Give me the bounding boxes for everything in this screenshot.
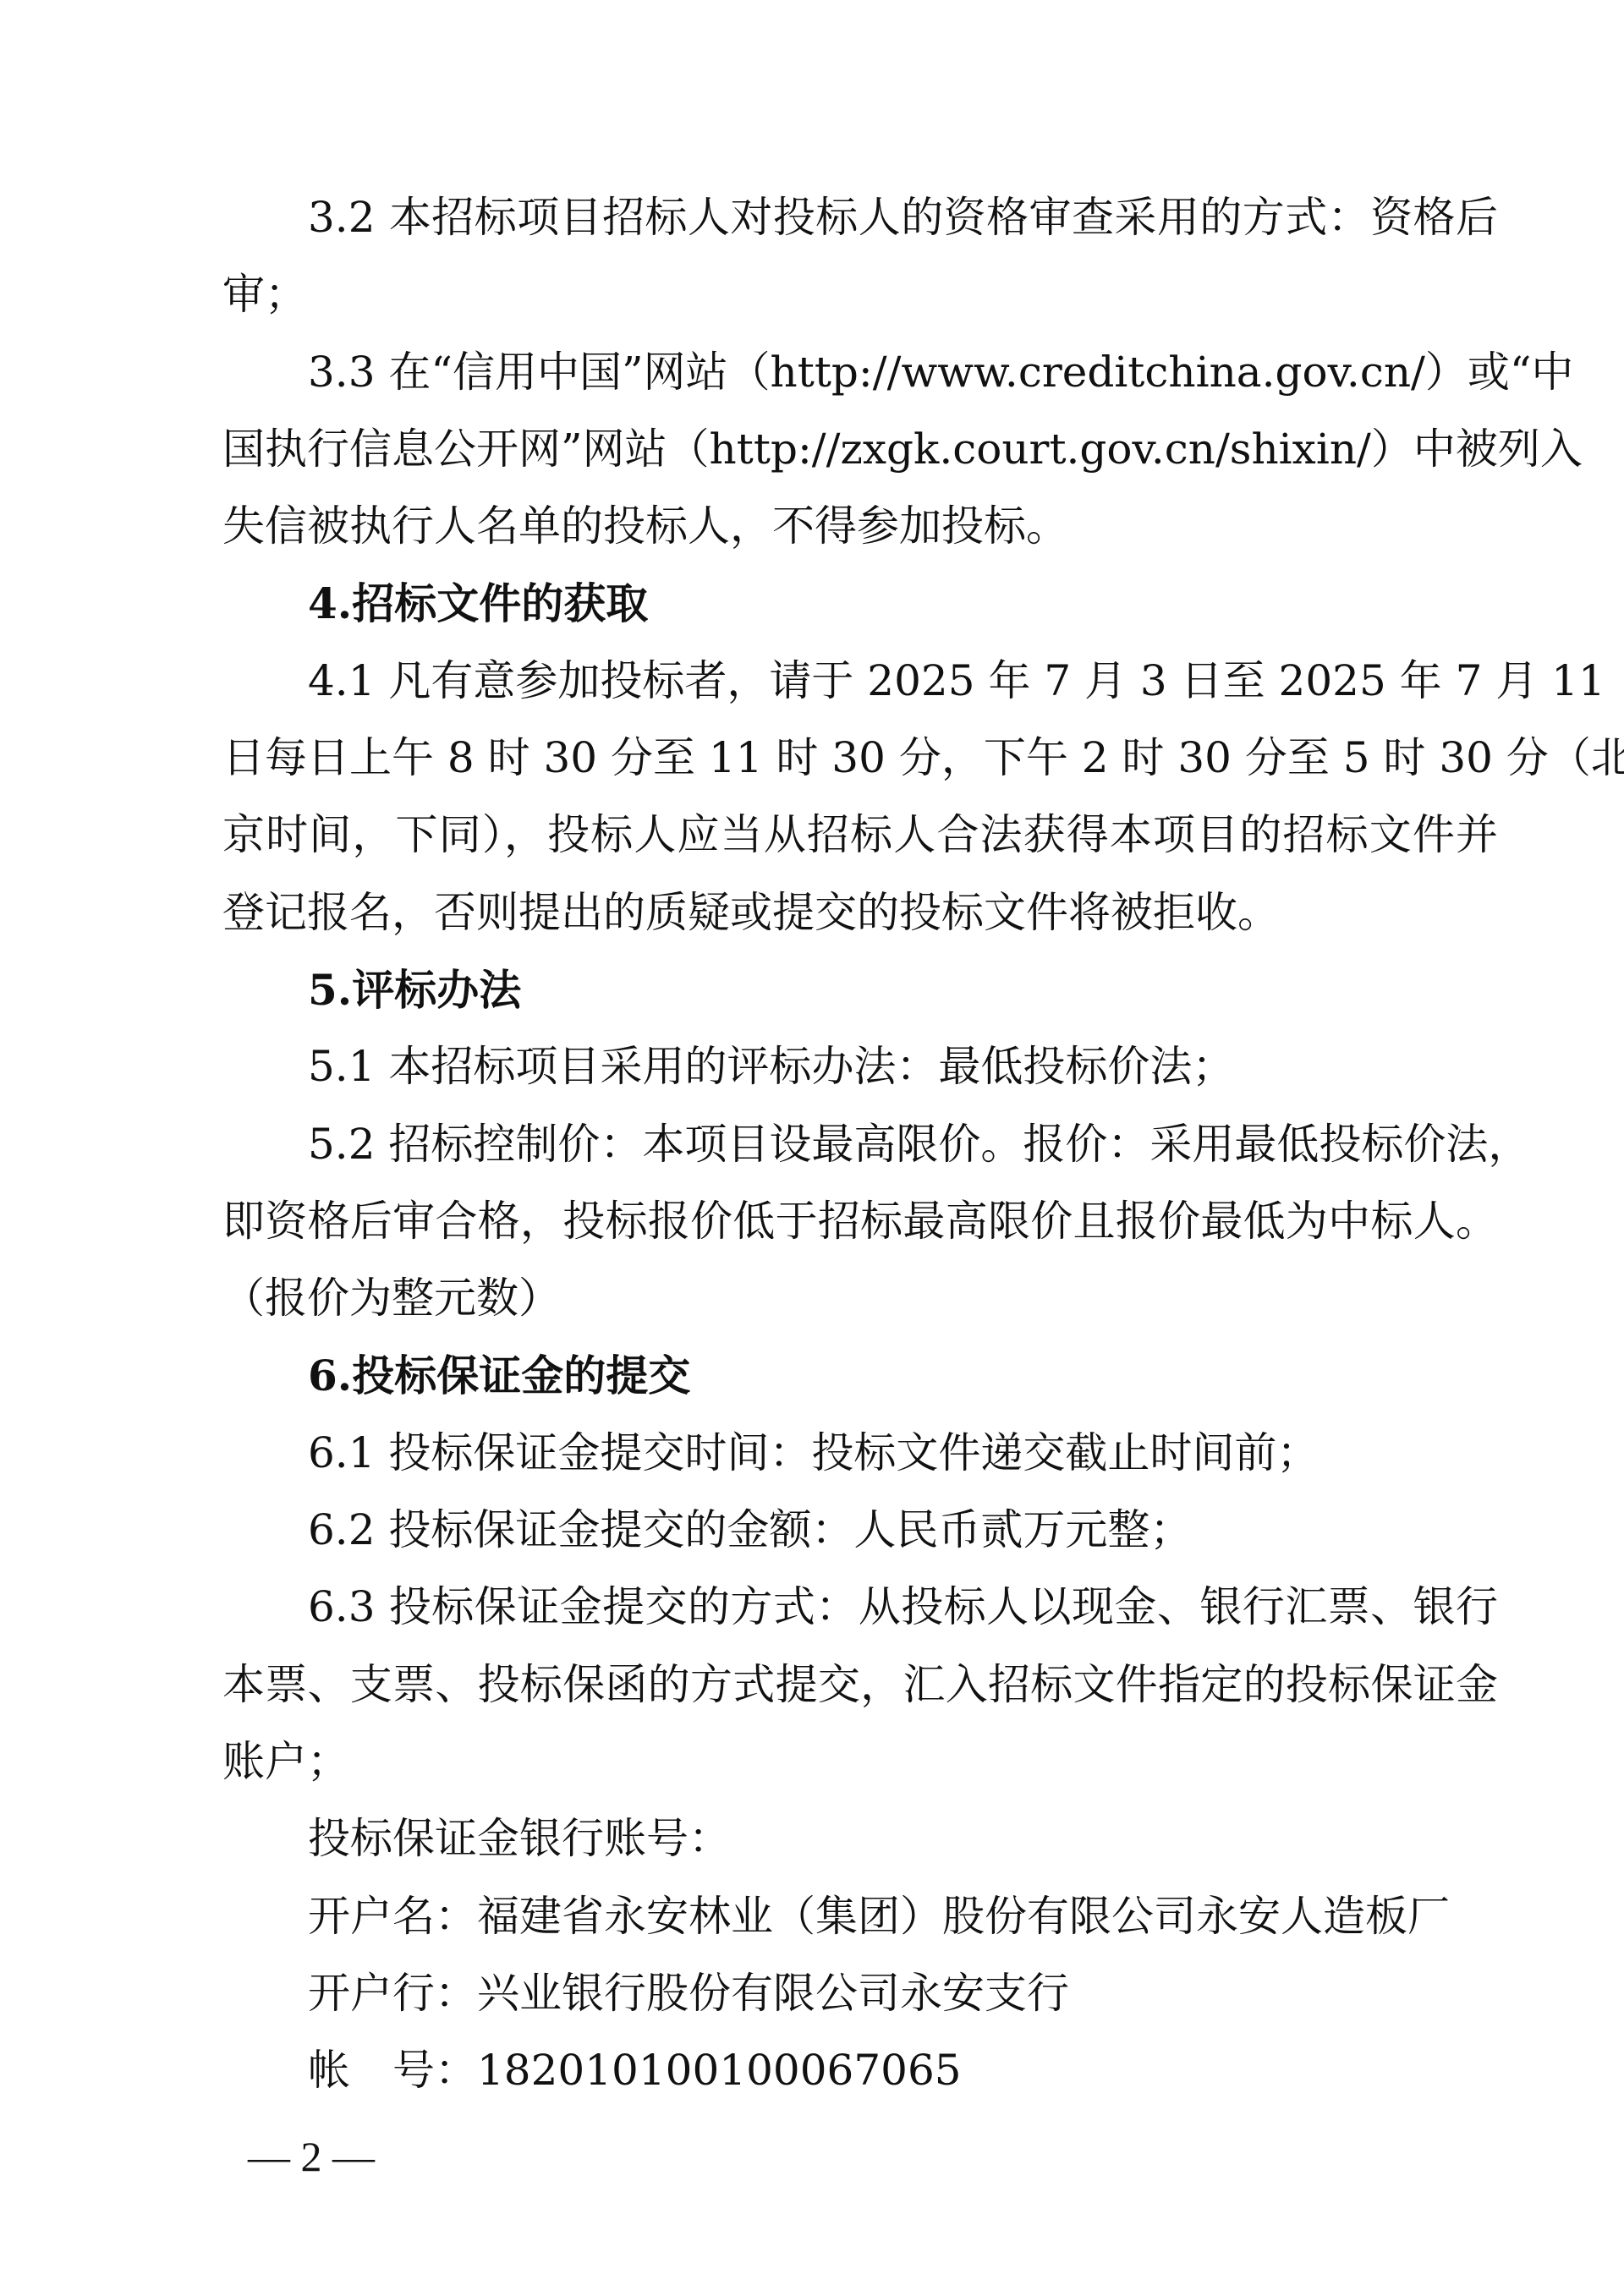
account-name-label: 开户名： xyxy=(308,1892,477,1941)
paragraph-4-1-line-1: 4.1 凡有意参加投标者，请于 2025 年 7 月 3 日至 2025 年 7… xyxy=(222,643,1498,720)
page-number: — 2 — xyxy=(248,2133,375,2180)
bank-label: 开户行： xyxy=(308,1969,477,2018)
account-number-row: 帐 号：182010100100067065 xyxy=(222,2032,1498,2109)
section-heading-5: 5.评标办法 xyxy=(222,951,1498,1028)
bank-value: 兴业银行股份有限公司永安支行 xyxy=(477,1969,1069,2018)
account-name-row: 开户名：福建省永安林业（集团）股份有限公司永安人造板厂 xyxy=(222,1878,1498,1955)
paragraph-4-1-line-2: 日每日上午 8 时 30 分至 11 时 30 分，下午 2 时 30 分至 5… xyxy=(222,720,1498,797)
paragraph-5-2-line-1: 5.2 招标控制价：本项目设最高限价。报价：采用最低投标价法， xyxy=(222,1106,1498,1183)
paragraph-3-3-line-2: 国执行信息公开网”网站（http://zxgk.court.gov.cn/shi… xyxy=(222,411,1498,488)
account-name-value: 福建省永安林业（集团）股份有限公司永安人造板厂 xyxy=(477,1892,1450,1941)
paragraph-3-3-line-1: 3.3 在“信用中国”网站（http://www.creditchina.gov… xyxy=(222,334,1498,411)
account-number-label: 帐 号： xyxy=(308,2046,477,2095)
document-body: 3.2 本招标项目招标人对投标人的资格审查采用的方式：资格后 审； 3.3 在“… xyxy=(222,179,1498,2109)
bank-row: 开户行：兴业银行股份有限公司永安支行 xyxy=(222,1955,1498,2032)
paragraph-6-2: 6.2 投标保证金提交的金额：人民币贰万元整； xyxy=(222,1492,1498,1569)
paragraph-4-1-line-3: 京时间，下同），投标人应当从招标人合法获得本项目的招标文件并 xyxy=(222,797,1498,874)
paragraph-6-3-line-2: 本票、支票、投标保函的方式提交，汇入招标文件指定的投标保证金 xyxy=(222,1647,1498,1723)
paragraph-6-3-line-3: 账户； xyxy=(222,1723,1498,1800)
paragraph-6-1: 6.1 投标保证金提交时间：投标文件递交截止时间前； xyxy=(222,1415,1498,1492)
bank-account-label: 投标保证金银行账号： xyxy=(222,1800,1498,1877)
paragraph-3-2-line-1: 3.2 本招标项目招标人对投标人的资格审查采用的方式：资格后 xyxy=(222,179,1498,256)
paragraph-3-3-line-3: 失信被执行人名单的投标人，不得参加投标。 xyxy=(222,488,1498,565)
paragraph-6-3-line-1: 6.3 投标保证金提交的方式：从投标人以现金、银行汇票、银行 xyxy=(222,1569,1498,1646)
section-heading-6: 6.投标保证金的提交 xyxy=(222,1337,1498,1414)
paragraph-4-1-line-4: 登记报名，否则提出的质疑或提交的投标文件将被拒收。 xyxy=(222,874,1498,951)
paragraph-5-2-line-3: （报价为整元数） xyxy=(222,1260,1498,1337)
account-number-value: 182010100100067065 xyxy=(477,2046,962,2095)
paragraph-3-2-line-2: 审； xyxy=(222,256,1498,333)
paragraph-5-2-line-2: 即资格后审合格，投标报价低于招标最高限价且报价最低为中标人。 xyxy=(222,1183,1498,1260)
document-page: 3.2 本招标项目招标人对投标人的资格审查采用的方式：资格后 审； 3.3 在“… xyxy=(0,0,1624,2296)
paragraph-5-1: 5.1 本招标项目采用的评标办法：最低投标价法； xyxy=(222,1028,1498,1105)
section-heading-4: 4.招标文件的获取 xyxy=(222,565,1498,642)
